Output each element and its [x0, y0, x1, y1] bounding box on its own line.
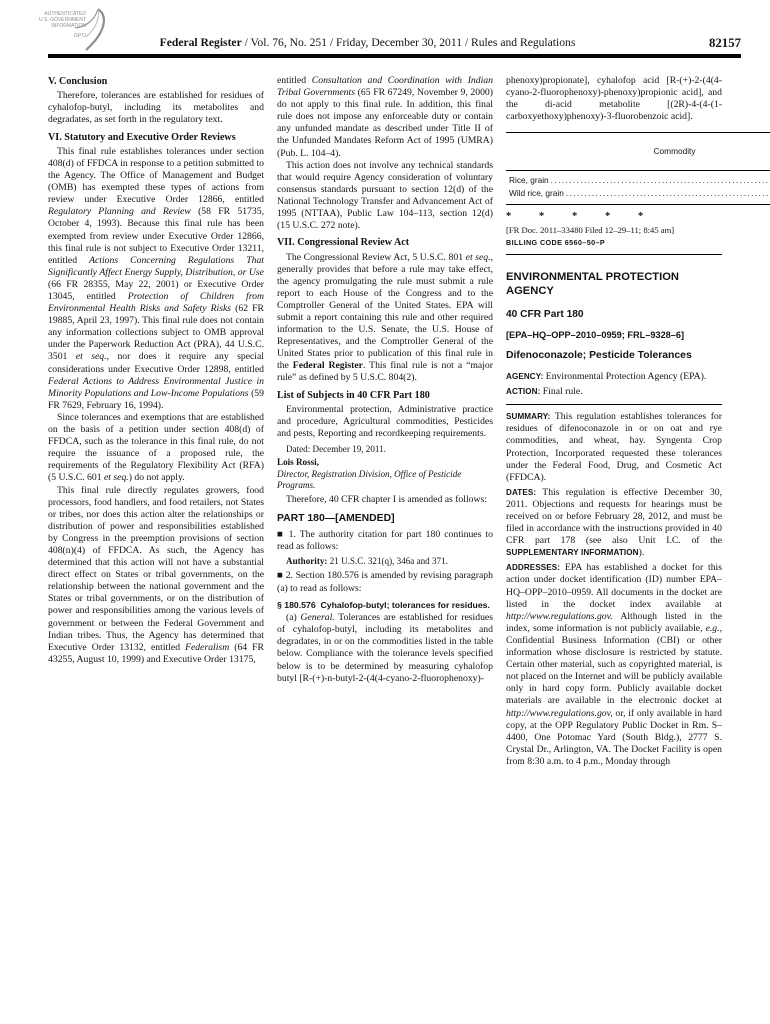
section-heading: VI. Statutory and Executive Order Review… [48, 132, 264, 144]
commodity-name: Rice, grain [509, 175, 549, 186]
labeled-paragraph: ADDRESSES: EPA has established a docket … [506, 562, 722, 768]
paragraph: phenoxy)propionate], cyhalofop acid [R-(… [506, 75, 722, 123]
section-heading: VII. Congressional Review Act [277, 237, 493, 249]
page-header: AUTHENTICATED U.S. GOVERNMENT INFORMATIO… [0, 0, 770, 66]
dot-leader [551, 175, 770, 186]
labeled-paragraph: DATES: This regulation is effective Dece… [506, 487, 722, 560]
table-row: Wild rice, grain0.40 [506, 187, 770, 204]
agency-heading: ENVIRONMENTAL PROTECTION AGENCY [506, 271, 722, 298]
paragraph: Since tolerances and exemptions that are… [48, 412, 264, 485]
section-symbol-heading: § 180.576 Cyhalofop-butyl; tolerances fo… [277, 600, 493, 611]
three-column-body: V. ConclusionTherefore, tolerances are e… [48, 75, 722, 771]
signature-name: Lois Rossi, [277, 457, 493, 468]
authority-citation: Authority: 21 U.S.C. 321(q), 346a and 37… [277, 556, 493, 567]
paragraph: Therefore, 40 CFR chapter I is amended a… [277, 494, 493, 506]
amendatory-instruction: ■ 2. Section 180.576 is amended by revis… [277, 570, 493, 594]
paragraph: This final rule establishes tolerances u… [48, 146, 264, 412]
column-header: Commodity [506, 133, 770, 171]
labeled-paragraph: ACTION: Final rule. [506, 386, 722, 398]
column-1: V. ConclusionTherefore, tolerances are e… [48, 75, 264, 666]
paragraph: Therefore, tolerances are established fo… [48, 90, 264, 126]
table-row: Rice, grain0.40 [506, 171, 770, 187]
paragraph: Environmental protection, Administrative… [277, 404, 493, 440]
running-head: Federal Register / Vol. 76, No. 251 / Fr… [48, 36, 741, 58]
logo-line-3: INFORMATION [51, 23, 86, 29]
signature-title: Director, Registration Division, Office … [277, 469, 493, 491]
paragraph: The Congressional Review Act, 5 U.S.C. 8… [277, 252, 493, 385]
column-2: entitled Consultation and Coordination w… [277, 75, 493, 685]
header-rule [48, 54, 741, 58]
docket-id-heading: [EPA–HQ–OPP–2010–0959; FRL–9328–6] [506, 330, 722, 340]
page-number: 82157 [709, 36, 741, 51]
issue-info: / Vol. 76, No. 251 / Friday, December 30… [245, 36, 576, 49]
section-heading: List of Subjects in 40 CFR Part 180 [277, 390, 493, 402]
paragraph: entitled Consultation and Coordination w… [277, 75, 493, 160]
commodity-name: Wild rice, grain [509, 188, 564, 199]
running-head-title: Federal Register / Vol. 76, No. 251 / Fr… [48, 36, 741, 50]
dated-line: Dated: December 19, 2011. [277, 444, 493, 455]
journal-title: Federal Register [160, 36, 242, 49]
labeled-paragraph: AGENCY: Environmental Protection Agency … [506, 371, 722, 383]
cfr-part-heading: 40 CFR Part 180 [506, 309, 722, 320]
dot-leader [566, 188, 770, 199]
billing-code: BILLING CODE 6560–50–P [506, 238, 722, 247]
labeled-paragraph: SUMMARY: This regulation establishes tol… [506, 411, 722, 484]
column-3: phenoxy)propionate], cyhalofop acid [R-(… [506, 75, 722, 771]
fr-doc-line: [FR Doc. 2011–33480 Filed 12–29–11; 8:45… [506, 225, 722, 236]
paragraph: This final rule directly regulates growe… [48, 485, 264, 666]
paragraph: (a) General. Tolerances are established … [277, 612, 493, 685]
section-heading: V. Conclusion [48, 76, 264, 88]
tolerance-table: CommodityParts per millionRice, grain0.4… [506, 132, 770, 204]
horizontal-rule [506, 404, 722, 405]
paragraph: This action does not involve any technic… [277, 160, 493, 233]
asterisk-separator: ***** [506, 211, 722, 222]
horizontal-rule [506, 254, 722, 255]
document-title: Difenoconazole; Pesticide Tolerances [506, 350, 722, 361]
federal-register-page: AUTHENTICATED U.S. GOVERNMENT INFORMATIO… [0, 0, 770, 1024]
amendatory-instruction: ■ 1. The authority citation for part 180… [277, 529, 493, 553]
part-heading: PART 180—[AMENDED] [277, 513, 493, 525]
